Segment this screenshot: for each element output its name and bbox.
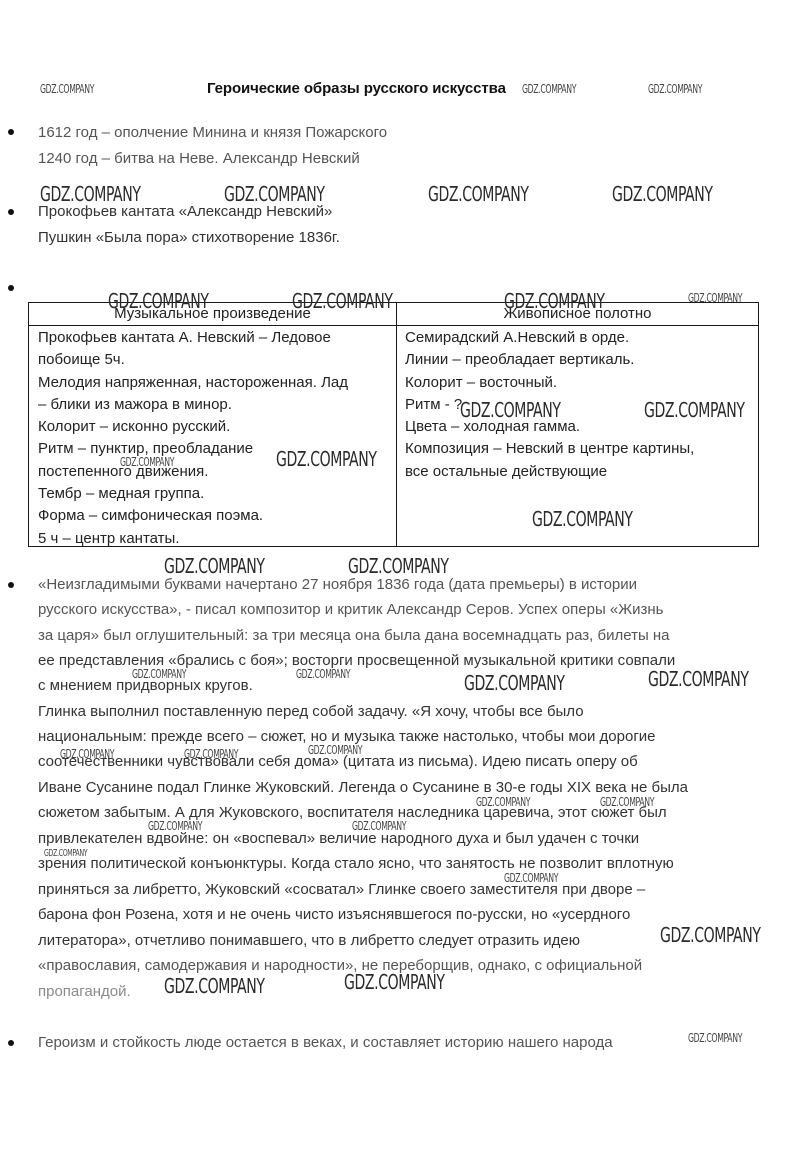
text-line: «Неизгладимыми буквами начертано 27 нояб… [38, 576, 637, 594]
cell-line: Прокофьев кантата А. Невский – Ледовое [38, 327, 348, 349]
cell-line: Форма – симфоническая поэма. [38, 505, 348, 527]
table-header-painting: Живописное полотно [397, 305, 758, 323]
text-line: Пушкин «Была пора» стихотворение 1836г. [38, 229, 340, 247]
document-title: Героические образы русского искусства [207, 80, 506, 97]
cell-line: все остальные действующие [405, 461, 694, 483]
bullet-icon [8, 582, 14, 588]
text-line: приняться за либретто, Жуковский «сосват… [38, 881, 645, 899]
cell-line: Линии – преобладает вертикаль. [405, 349, 694, 371]
text-line: зрения политической конъюнктуры. Когда с… [38, 855, 674, 873]
text-line: «православия, самодержавия и народности»… [38, 957, 642, 975]
watermark: GDZ.COMPANY [660, 923, 761, 947]
text-line: привлекателен вдвойне: он «воспевал» вел… [38, 830, 639, 848]
watermark: GDZ.COMPANY [648, 667, 749, 691]
text-line: 1612 год – ополчение Минина и князя Пожа… [38, 124, 387, 142]
table-header-music: Музыкальное произведение [29, 305, 396, 323]
watermark: GDZ.COMPANY [612, 182, 713, 206]
watermark: GDZ.COMPANY [428, 182, 529, 206]
text-line: Прокофьев кантата «Александр Невский» [38, 203, 332, 221]
cell-line: Тембр – медная группа. [38, 483, 348, 505]
cell-line: – блики из мажора в минор. [38, 394, 348, 416]
text-line: пропагандой. [38, 983, 131, 1001]
cell-line: Композиция – Невский в центре картины, [405, 438, 694, 460]
text-line: сюжетом забытым. А для Жуковского, воспи… [38, 804, 667, 822]
cell-line: побоище 5ч. [38, 349, 348, 371]
watermark: GDZ.COMPANY [348, 554, 449, 578]
cell-line: Цвета – холодная гамма. [405, 416, 694, 438]
bullet-icon [8, 209, 14, 215]
text-line: национальным: прежде всего – сюжет, но и… [38, 728, 656, 746]
table-cell-music: Прокофьев кантата А. Невский – Ледовое п… [38, 327, 348, 550]
cell-line: 5 ч – центр кантаты. [38, 528, 348, 550]
text-line: литератора», отчетливо понимавшего, что … [38, 932, 580, 950]
text-line: Иване Сусанине подал Глинке Жуковский. Л… [38, 779, 688, 797]
document-page: Героические образы русского искусства 16… [0, 0, 808, 1165]
text-line: Глинка выполнил поставленную перед собой… [38, 703, 584, 721]
text-line: с мнением придворных кругов. [38, 677, 253, 695]
cell-line: постепенного движения. [38, 461, 348, 483]
text-line: соотечественники чувствовали себя дома» … [38, 753, 638, 771]
comparison-table: Музыкальное произведение Живописное поло… [28, 302, 759, 547]
bullet-icon [8, 285, 14, 291]
cell-line: Мелодия напряженная, настороженная. Лад [38, 372, 348, 394]
text-line: за царя» был оглушительный: за три месяц… [38, 627, 670, 645]
cell-line: Ритм - ? [405, 394, 694, 416]
watermark: GDZ.COMPANY [40, 82, 94, 96]
text-line: 1240 год – битва на Неве. Александр Невс… [38, 150, 360, 168]
text-line: Героизм и стойкость люде остается в века… [38, 1034, 613, 1052]
bullet-icon [8, 1040, 14, 1046]
bullet-icon [8, 129, 14, 135]
cell-line: Колорит – восточный. [405, 372, 694, 394]
watermark: GDZ.COMPANY [688, 1031, 742, 1045]
text-line: русского искусства», - писал композитор … [38, 601, 663, 619]
text-line: барона фон Розена, хотя и не очень чисто… [38, 906, 630, 924]
table-cell-painting: Семирадский А.Невский в орде. Линии – пр… [405, 327, 694, 483]
watermark: GDZ.COMPANY [522, 82, 576, 96]
watermark: GDZ.COMPANY [164, 554, 265, 578]
cell-line: Колорит – исконно русский. [38, 416, 348, 438]
watermark: GDZ.COMPANY [464, 671, 565, 695]
watermark: GDZ.COMPANY [164, 974, 265, 998]
text-line: ее представления «брались с боя»; востор… [38, 652, 675, 670]
table-column-divider [396, 303, 397, 546]
cell-line: Ритм – пунктир, преобладание [38, 438, 348, 460]
cell-line: Семирадский А.Невский в орде. [405, 327, 694, 349]
watermark: GDZ.COMPANY [648, 82, 702, 96]
